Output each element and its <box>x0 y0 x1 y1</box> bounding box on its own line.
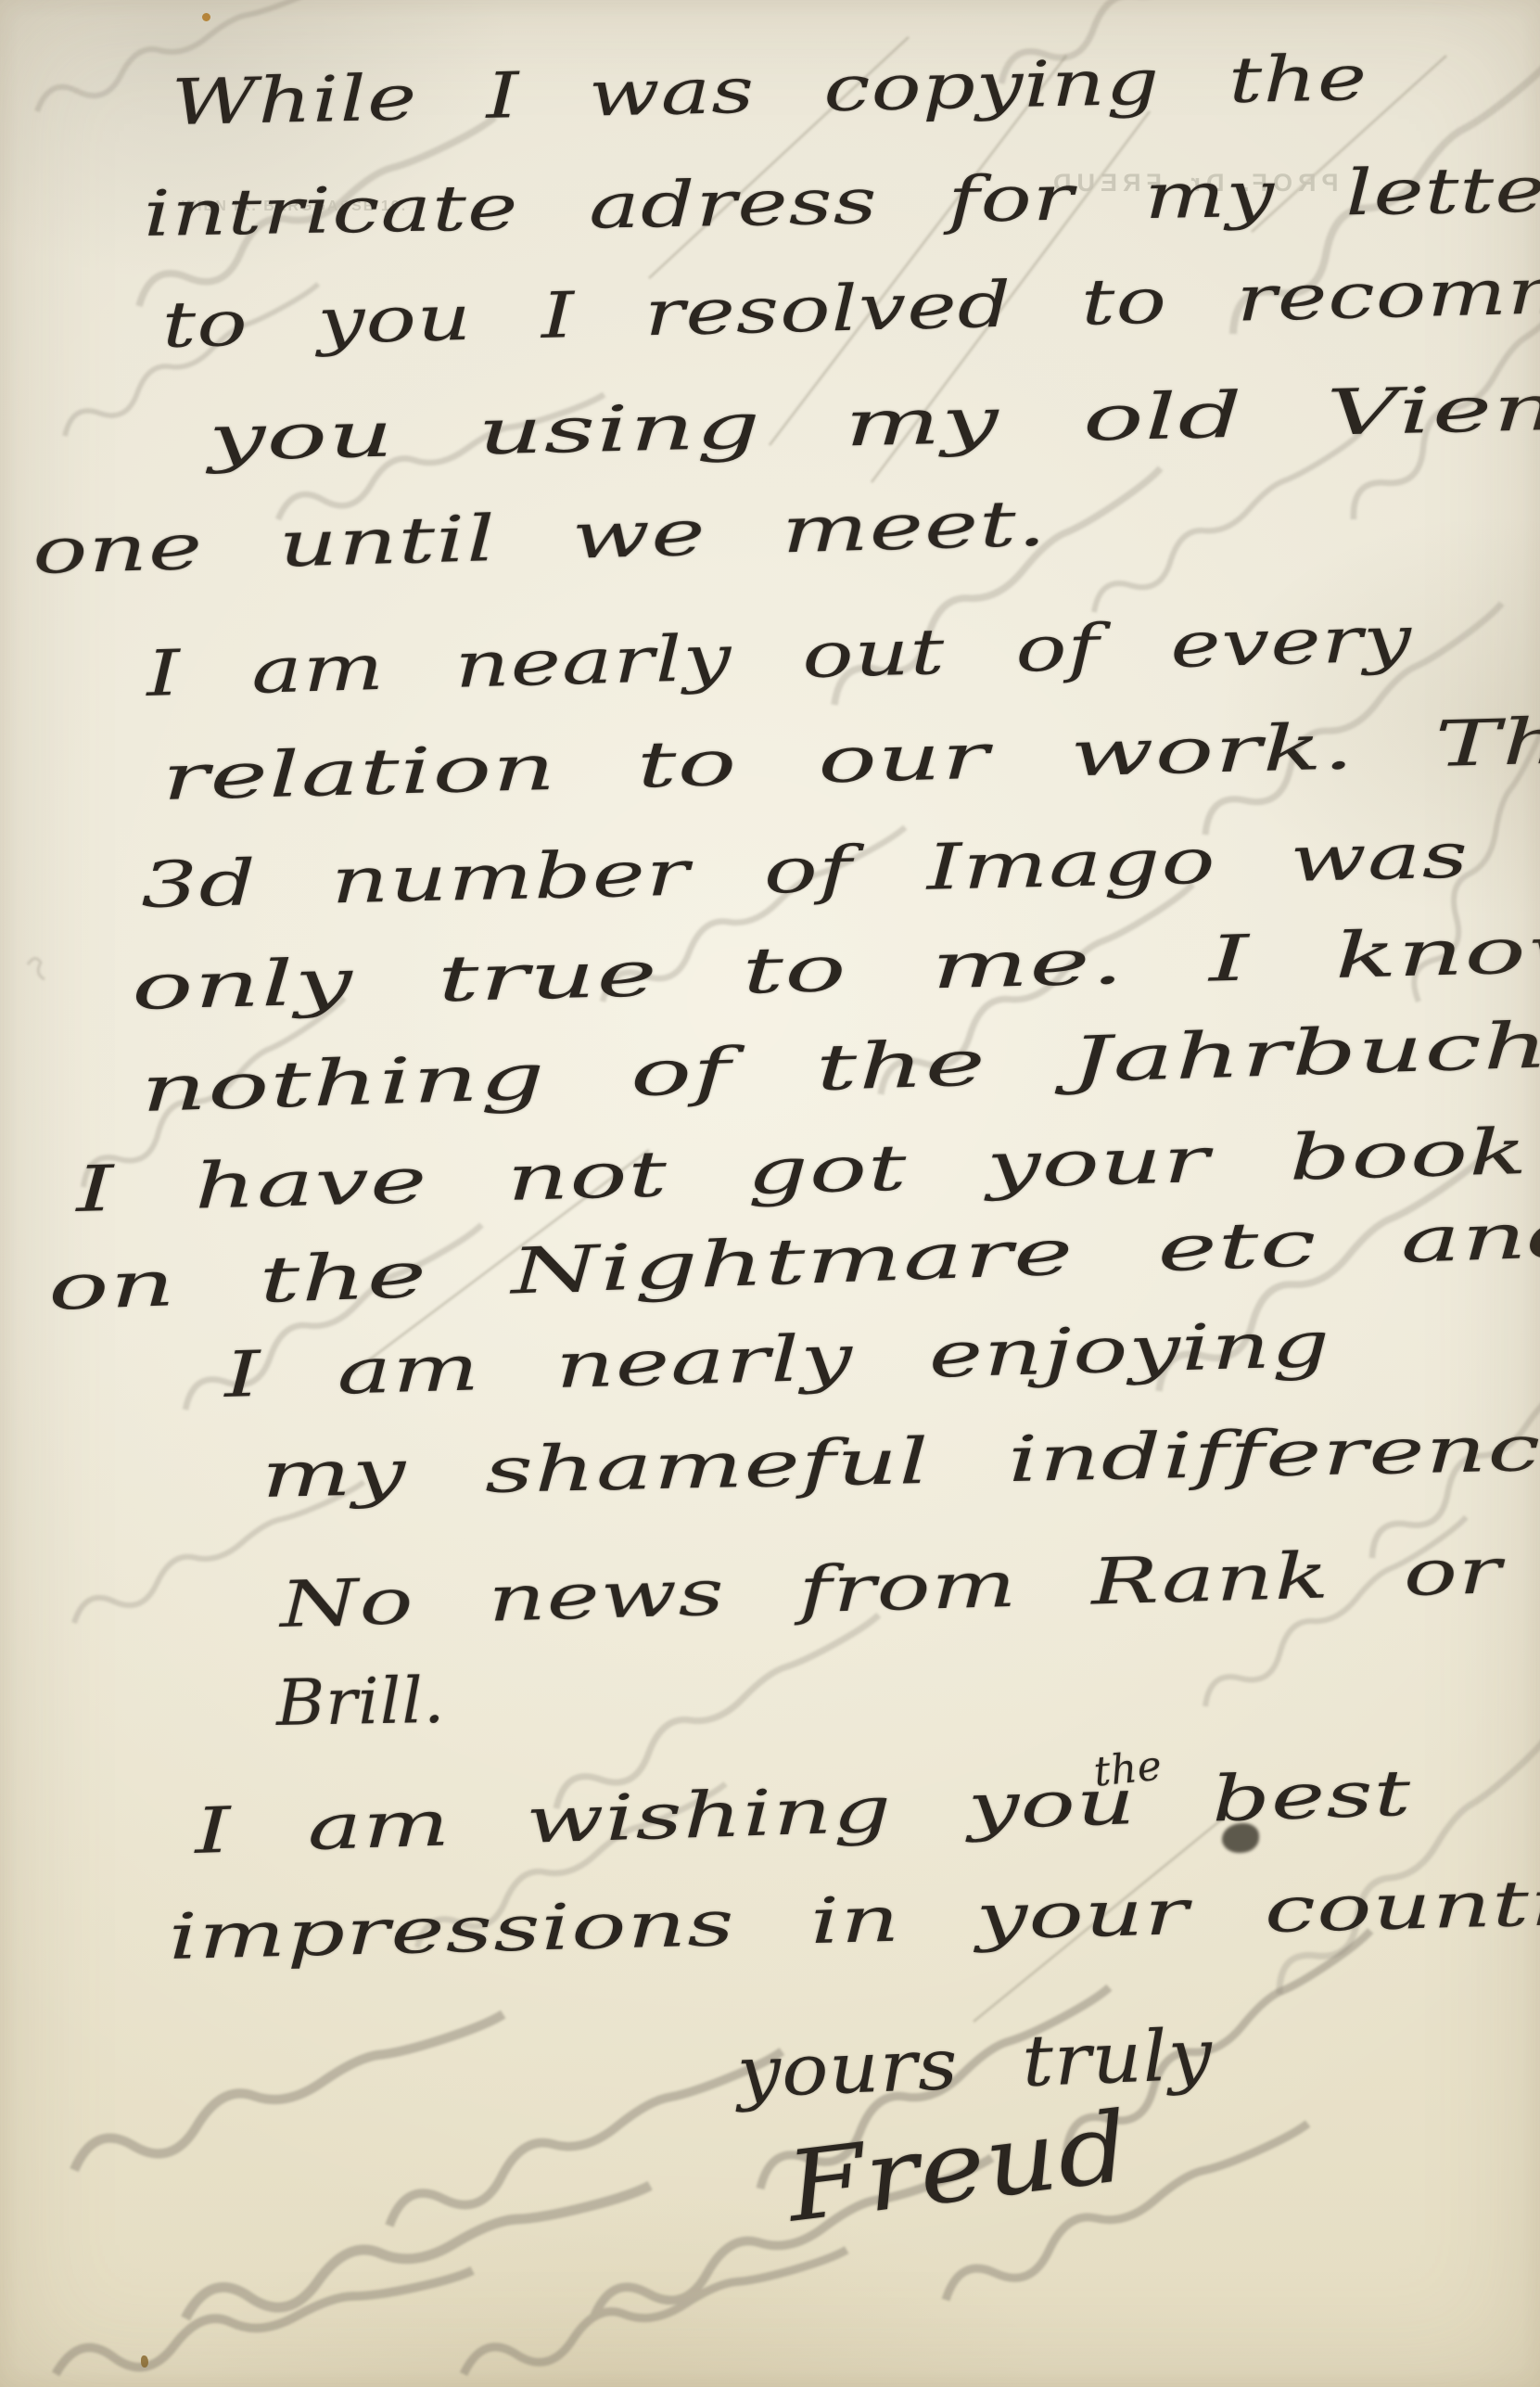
paper-speck-bottom <box>141 2355 148 2368</box>
paper-speck-top <box>202 13 210 21</box>
letter-page: PROF. Dr. FREUD WIEN IX. BERGGASSE 19. W… <box>0 0 1540 2387</box>
ink-blot <box>1222 1823 1259 1853</box>
letter-line-16: Brill. <box>275 1665 445 1741</box>
inserted-word-the: the <box>1091 1742 1164 1795</box>
